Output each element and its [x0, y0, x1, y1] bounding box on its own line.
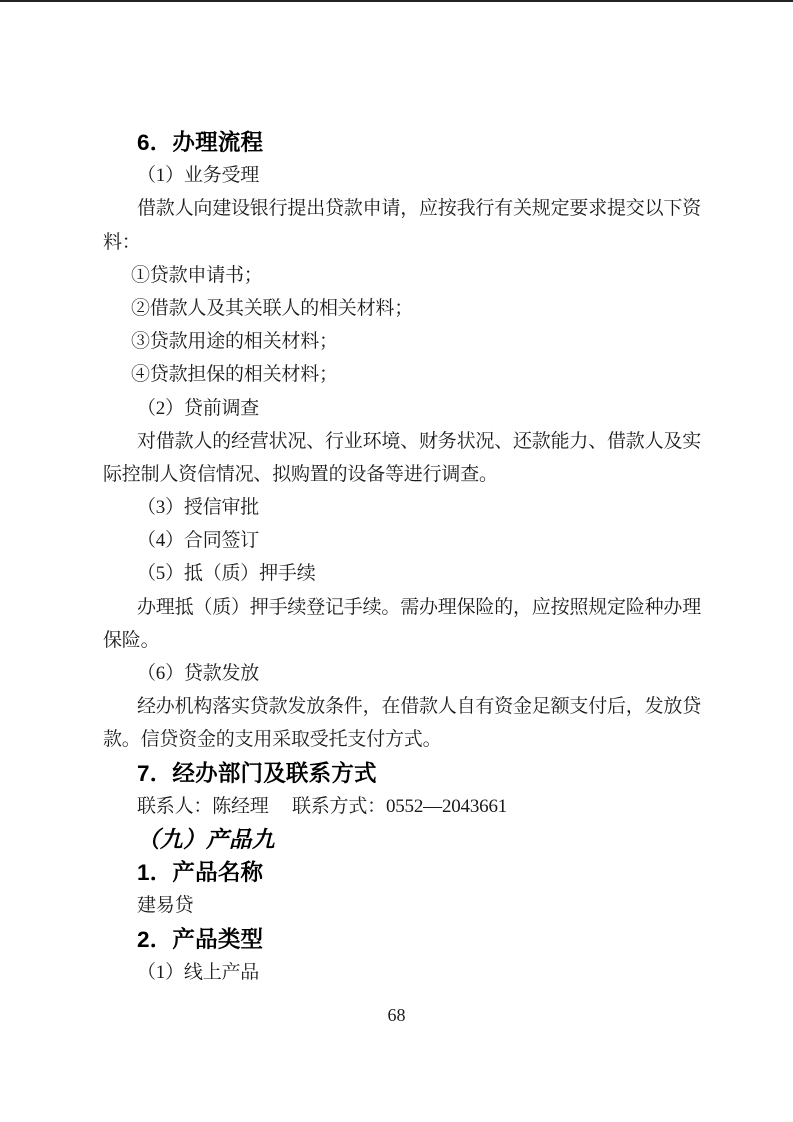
- product-name-value: 建易贷: [103, 889, 709, 922]
- paragraph-disbursement-line-1: 经办机构落实贷款发放条件，在借款人自有资金足额支付后，发放贷: [103, 690, 709, 723]
- paragraph-investigation-line-2: 际控制人资信情况、拟购置的设备等进行调查。: [103, 458, 709, 491]
- page-top-scan-edge: [0, 0, 793, 2]
- section-heading-6-process: 6．办理流程: [103, 126, 709, 159]
- step-5-mortgage-procedures: （5）抵（质）押手续: [103, 557, 709, 590]
- paragraph-application-line-1: 借款人向建设银行提出贷款申请，应按我行有关规定要求提交以下资: [103, 192, 709, 225]
- document-text-block: 6．办理流程 （1）业务受理 借款人向建设银行提出贷款申请，应按我行有关规定要求…: [103, 126, 709, 989]
- list-item-4-guarantee-materials: ④贷款担保的相关材料；: [103, 358, 709, 391]
- paragraph-application-line-2: 料：: [103, 226, 709, 259]
- product-type-item-1: （1）线上产品: [103, 956, 709, 989]
- step-6-loan-disbursement: （6）贷款发放: [103, 657, 709, 690]
- list-item-1-loan-application: ①贷款申请书；: [103, 259, 709, 292]
- step-2-pre-loan-investigation: （2）贷前调查: [103, 392, 709, 425]
- list-item-2-borrower-materials: ②借款人及其关联人的相关材料；: [103, 292, 709, 325]
- list-item-3-purpose-materials: ③贷款用途的相关材料；: [103, 325, 709, 358]
- section-heading-1-product-name: 1．产品名称: [103, 856, 709, 889]
- contact-info-line: 联系人：陈经理 联系方式：0552—2043661: [103, 790, 709, 823]
- section-heading-2-product-type: 2．产品类型: [103, 923, 709, 956]
- paragraph-mortgage-line-1: 办理抵（质）押手续登记手续。需办理保险的，应按照规定险种办理: [103, 591, 709, 624]
- page-number: 68: [0, 1002, 793, 1028]
- paragraph-disbursement-line-2: 款。信贷资金的支用采取受托支付方式。: [103, 723, 709, 756]
- step-3-credit-approval: （3）授信审批: [103, 491, 709, 524]
- section-heading-7-contact: 7．经办部门及联系方式: [103, 757, 709, 790]
- chapter-heading-product-9: （九）产品九: [103, 823, 709, 856]
- document-page: { "page": { "number": "68" }, "colors": …: [0, 0, 793, 1122]
- paragraph-mortgage-line-2: 保险。: [103, 624, 709, 657]
- paragraph-investigation-line-1: 对借款人的经营状况、行业环境、财务状况、还款能力、借款人及实: [103, 425, 709, 458]
- step-4-contract-signing: （4）合同签订: [103, 524, 709, 557]
- step-1-business-acceptance: （1）业务受理: [103, 159, 709, 192]
